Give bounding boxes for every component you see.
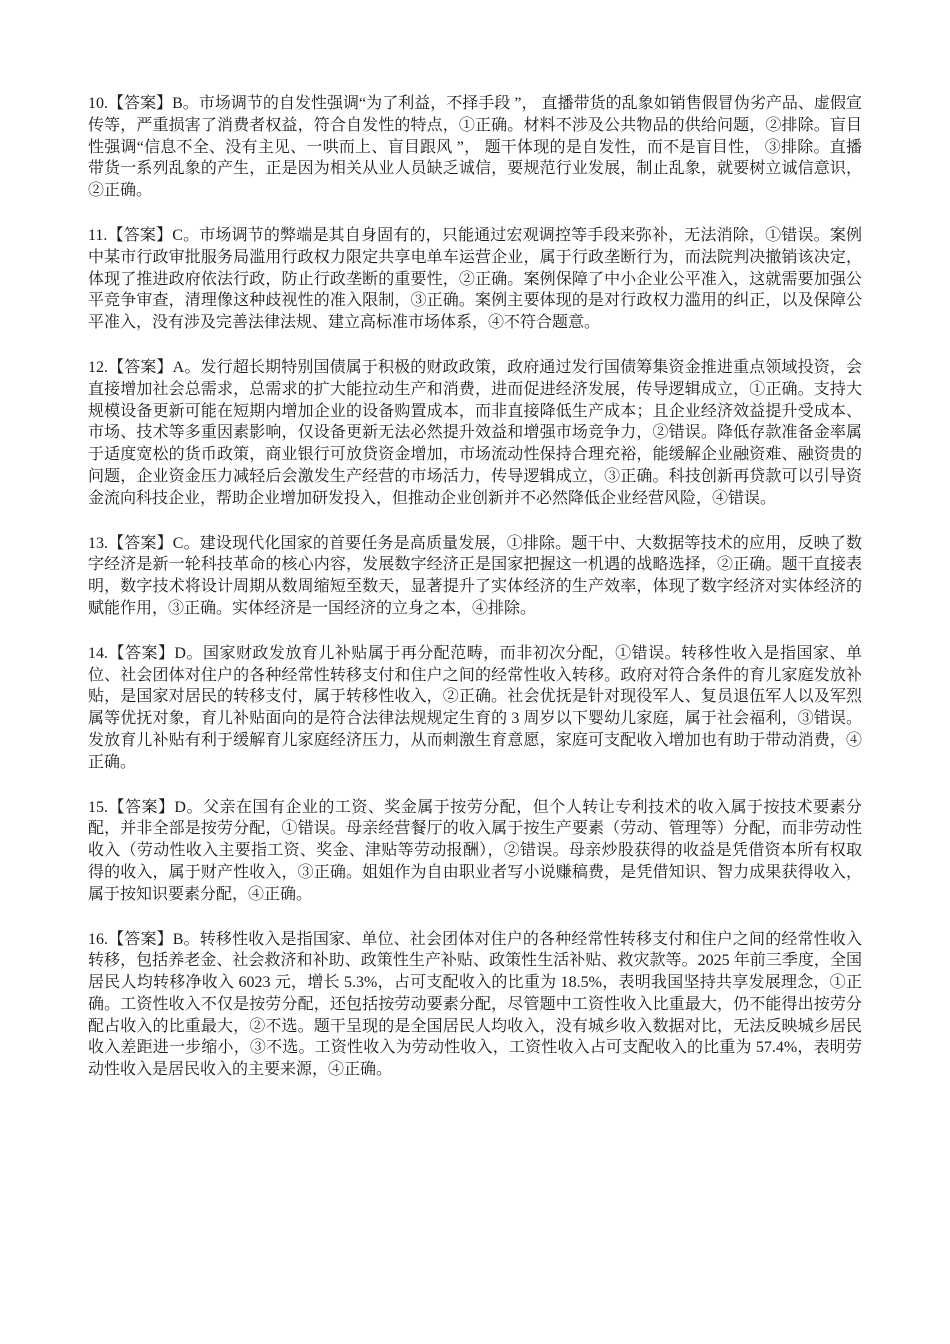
answer-number: 11. <box>88 227 107 244</box>
answer-number: 10. <box>88 95 108 112</box>
page: { "page": { "background_color": "#ffffff… <box>0 0 950 1344</box>
answer-number: 13. <box>88 535 108 552</box>
answer-list: 10.【答案】B。市场调节的自发性强调“为了利益，不择手段 ”， 直播带货的乱象… <box>88 93 862 1081</box>
answer-label: 【答案】D。 <box>108 799 203 816</box>
answer-item-13: 13.【答案】C。建设现代化国家的首要任务是高质量发展，①排除。题干中、大数据等… <box>88 533 862 620</box>
answer-number: 14. <box>88 645 108 662</box>
answer-label: 【答案】C。 <box>108 535 200 552</box>
answer-item-15: 15.【答案】D。父亲在国有企业的工资、奖金属于按劳分配，但个人转让专利技术的收… <box>88 797 862 906</box>
answer-label: 【答案】A。 <box>108 359 201 376</box>
answer-body: 市场调节的自发性强调“为了利益，不择手段 ”， 直播带货的乱象如销售假冒伪劣产品… <box>88 95 862 199</box>
answer-label: 【答案】B。 <box>108 95 199 112</box>
answer-label: 【答案】C。 <box>107 227 199 244</box>
answer-body: 父亲在国有企业的工资、奖金属于按劳分配，但个人转让专利技术的收入属于按技术要素分… <box>88 799 862 903</box>
answer-number: 16. <box>88 931 108 948</box>
answer-body: 转移性收入是指国家、单位、社会团体对住户的各种经常性转移支付和住户之间的经常性收… <box>88 931 862 1079</box>
answer-number: 15. <box>88 799 108 816</box>
document-page: 10.【答案】B。市场调节的自发性强调“为了利益，不择手段 ”， 直播带货的乱象… <box>0 0 950 1344</box>
answer-item-16: 16.【答案】B。转移性收入是指国家、单位、社会团体对住户的各种经常性转移支付和… <box>88 929 862 1082</box>
answer-item-12: 12.【答案】A。发行超长期特别国债属于积极的财政政策，政府通过发行国债筹集资金… <box>88 357 862 510</box>
answer-label: 【答案】B。 <box>108 931 200 948</box>
answer-item-10: 10.【答案】B。市场调节的自发性强调“为了利益，不择手段 ”， 直播带货的乱象… <box>88 93 862 202</box>
answer-body: 发行超长期特别国债属于积极的财政政策，政府通过发行国债筹集资金推进重点领域投资，… <box>88 359 862 507</box>
answer-item-14: 14.【答案】D。国家财政发放育儿补贴属于再分配范畴，而非初次分配，①错误。转移… <box>88 643 862 774</box>
answer-body: 建设现代化国家的首要任务是高质量发展，①排除。题干中、大数据等技术的应用，反映了… <box>88 535 862 617</box>
answer-body: 国家财政发放育儿补贴属于再分配范畴，而非初次分配，①错误。转移性收入是指国家、单… <box>88 645 862 771</box>
answer-label: 【答案】D。 <box>108 645 203 662</box>
answer-item-11: 11.【答案】C。市场调节的弊端是其自身固有的，只能通过宏观调控等手段来弥补，无… <box>88 225 862 334</box>
answer-body: 市场调节的弊端是其自身固有的，只能通过宏观调控等手段来弥补，无法消除，①错误。案… <box>88 227 862 331</box>
answer-number: 12. <box>88 359 108 376</box>
